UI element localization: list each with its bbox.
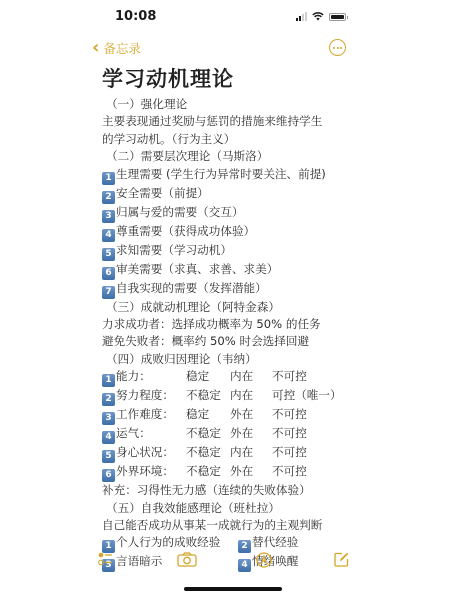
attribution-row: 5身心状况：不稳定内在不可控 [102,444,360,463]
section-heading: （五）自我效能感理论（班杜拉） [102,500,360,517]
list-item-text: 审美需要（求真、求善、求美） [116,262,278,276]
list-item: 3归属与爱的需要（交互） [102,204,360,223]
control: 不可控 [272,406,307,425]
number-badge: 4 [102,431,115,444]
paragraph: 自己能否成功从事某一成就行为的主观判断 [102,517,360,534]
locus: 外在 [230,425,272,444]
more-options-button[interactable] [329,39,346,56]
paragraph: 的学习动机。（行为主义） [102,131,360,148]
factor: 能力： [116,369,151,383]
bottom-toolbar [88,548,360,572]
wifi-icon [312,12,324,21]
attribution-row: 3工作难度：稳定外在不可控 [102,406,360,425]
number-badge: 3 [102,210,115,223]
chevron-left-icon: ‹ [92,39,99,57]
paragraph: 避免失败者：概率约 50% 时会选择回避 [102,333,360,350]
control: 不可控 [272,463,307,482]
list-item-text: 求知需要（学习动机） [116,243,232,257]
locus: 内在 [230,444,272,463]
control: 可控（唯一） [272,387,342,406]
list-item-text: 自我实现的需要（发挥潜能） [116,281,267,295]
attribution-row: 6外界环境：不稳定外在不可控 [102,463,360,482]
list-item-text: 归属与爱的需要（交互） [116,205,244,219]
back-label: 备忘录 [103,39,141,57]
locus: 内在 [230,387,272,406]
note-body[interactable]: 学习动机理论 （一）强化理论 主要表现通过奖励与惩罚的措施来维持学生 的学习动机… [102,64,360,572]
paragraph: 力求成功者：选择成功概率为 50% 的任务 [102,316,360,333]
number-badge: 4 [102,229,115,242]
list-item: 2安全需要（前提） [102,185,360,204]
list-item: 4尊重需要（获得成功体验） [102,223,360,242]
list-item-text: 安全需要（前提） [116,186,209,200]
number-badge: 1 [102,172,115,185]
number-badge: 7 [102,286,115,299]
checklist-icon[interactable] [98,552,114,566]
locus: 外在 [230,463,272,482]
stability: 不稳定 [186,425,230,444]
number-badge: 2 [102,191,115,204]
status-time: 10:08 [115,9,156,24]
factor: 运气： [116,426,151,440]
list-item-text: 生理需要 (学生行为异常时要关注、前提) [116,167,326,181]
nav-bar: ‹ 备忘录 [88,38,360,60]
number-badge: 5 [102,450,115,463]
stability: 不稳定 [186,444,230,463]
attribution-row: 4运气：不稳定外在不可控 [102,425,360,444]
number-badge: 6 [102,469,115,482]
attribution-row: 1能力：稳定内在不可控 [102,368,360,387]
control: 不可控 [272,425,307,444]
factor: 工作难度： [116,407,174,421]
cellular-signal-icon [296,12,307,21]
number-badge: 5 [102,248,115,261]
list-item: 7自我实现的需要（发挥潜能） [102,280,360,299]
section-heading: （四）成败归因理论（韦纳） [102,351,360,368]
status-icons [296,12,346,21]
number-badge: 1 [102,374,115,387]
factor: 努力程度： [116,388,174,402]
locus: 外在 [230,406,272,425]
factor: 外界环境： [116,464,174,478]
list-item: 6审美需要（求真、求善、求美） [102,261,360,280]
section-heading: （二）需要层次理论（马斯洛） [102,148,360,165]
stability: 不稳定 [186,463,230,482]
factor: 身心状况： [116,445,174,459]
list-item-text: 尊重需要（获得成功体验） [116,224,255,238]
camera-icon[interactable] [177,552,197,567]
compose-icon[interactable] [334,552,349,567]
number-badge: 3 [102,412,115,425]
locus: 内在 [230,368,272,387]
status-bar: 10:08 [88,9,360,29]
number-badge: 6 [102,267,115,280]
battery-icon [329,13,346,21]
markup-icon[interactable] [256,552,272,568]
control: 不可控 [272,368,307,387]
back-button[interactable]: ‹ 备忘录 [92,39,141,57]
section-heading: （一）强化理论 [102,96,360,113]
list-item: 5求知需要（学习动机） [102,242,360,261]
stability: 稳定 [186,406,230,425]
stability: 不稳定 [186,387,230,406]
paragraph: 补充：习得性无力感（连续的失败体验） [102,482,360,499]
notes-screen: 10:08 ‹ 备忘录 学习动机理论 （一）强化理论 主要表现通过奖励与惩罚的措… [88,0,360,600]
note-title: 学习动机理论 [102,64,360,94]
attribution-row: 2努力程度：不稳定内在可控（唯一） [102,387,360,406]
stability: 稳定 [186,368,230,387]
control: 不可控 [272,444,307,463]
paragraph: 主要表现通过奖励与惩罚的措施来维持学生 [102,113,360,130]
list-item: 1生理需要 (学生行为异常时要关注、前提) [102,166,360,185]
home-indicator[interactable] [184,587,282,591]
number-badge: 2 [102,393,115,406]
section-heading: （三）成就动机理论（阿特金森） [102,299,360,316]
